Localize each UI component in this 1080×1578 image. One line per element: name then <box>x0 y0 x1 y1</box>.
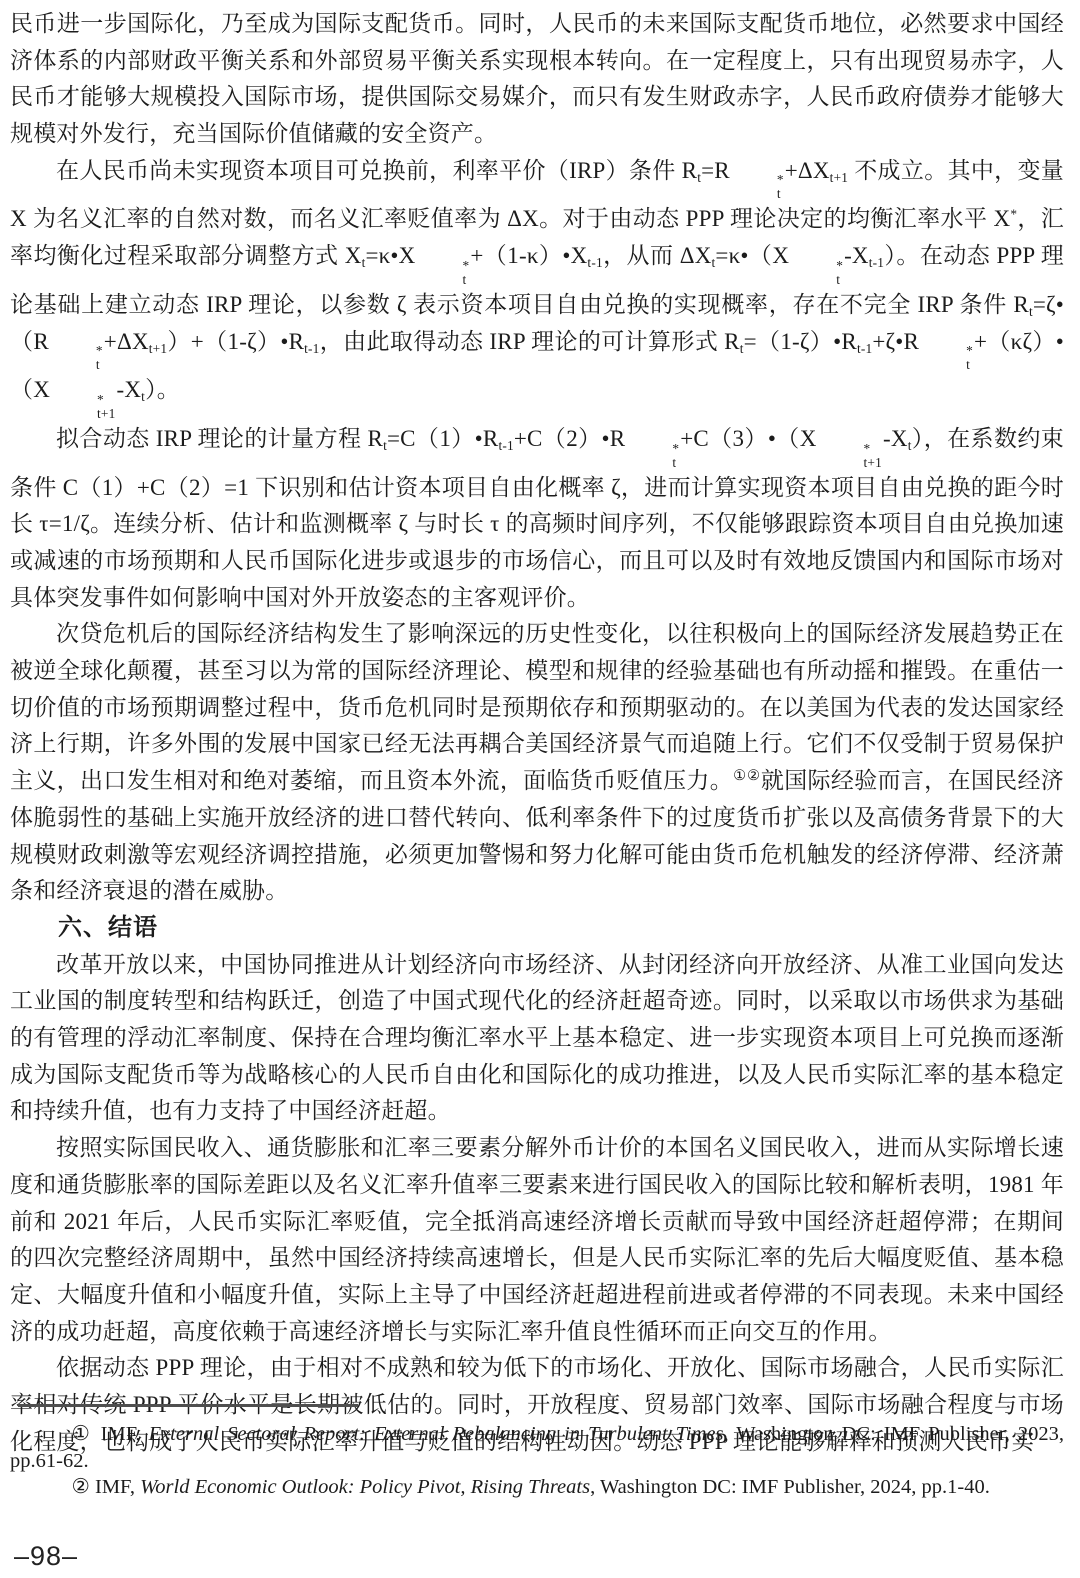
text-run: 按照实际国民收入、通货膨胀和汇率三要素分解外币计价的本国名义国民收入，进而从实际… <box>10 1135 1064 1344</box>
text-run: -X <box>117 377 142 402</box>
italic-title-run: External Sectoral Report: External Rebal… <box>149 1423 724 1445</box>
text-run: , Washington DC: IMF Publisher, 2024, pp… <box>590 1476 990 1498</box>
body-paragraph-irp-estimation: 拟合动态 IRP 理论的计量方程 Rt=C（1）•Rt-1+C（2）•R*t+C… <box>10 421 1064 616</box>
supsub-stack-run: *t+1 <box>51 393 115 421</box>
stack-subscript: t <box>920 358 970 372</box>
stack-subscript: t <box>626 456 676 470</box>
stack-superscript: * <box>51 393 104 407</box>
supsub-stack-run: *t <box>417 259 470 287</box>
subscript-run: t+1 <box>830 170 848 185</box>
supsub-stack-run: *t <box>731 173 784 201</box>
stack-subscript: t <box>731 187 781 201</box>
stack-subscript: t <box>50 358 100 372</box>
text-run: ），在系数约束条件 C（1）+C（2）=1 下识别和估计资本项目自由化概率 ζ，… <box>10 426 1064 610</box>
text-run: ，从而 ΔX <box>603 243 712 268</box>
supsub-stack-run: *t+1 <box>818 442 882 470</box>
footnote-1: ① IMF, External Sectoral Report: Externa… <box>10 1421 1064 1474</box>
text-run: -X <box>844 243 869 268</box>
text-run: -X <box>883 426 908 451</box>
text-run: +ΔX <box>785 158 830 183</box>
stack-superscript: * <box>626 442 679 456</box>
stack-subscript: t+1 <box>51 407 115 421</box>
text-run: +（1-κ）•X <box>470 243 587 268</box>
text-run: =（1-ζ）•R <box>744 329 857 354</box>
supsub-stack-run: *t <box>920 344 973 372</box>
text-run: 在人民币尚未实现资本项目可兑换前，利率平价（IRP）条件 R <box>56 158 697 183</box>
text-run: +C（2）•R <box>514 426 625 451</box>
text-run: 改革开放以来，中国协同推进从计划经济向市场经济、从封闭经济向开放经济、从准工业国… <box>10 952 1064 1124</box>
text-run: ，由此取得动态 IRP 理论的可计算形式 R <box>320 329 740 354</box>
footnote-2: ② IMF, World Economic Outlook: Policy Pi… <box>10 1474 1064 1501</box>
stack-superscript: * <box>50 344 103 358</box>
body-paragraph-income-decomposition: 按照实际国民收入、通货膨胀和汇率三要素分解外币计价的本国名义国民收入，进而从实际… <box>10 1130 1064 1350</box>
text-run: +ζ•R <box>872 329 919 354</box>
stack-subscript: t <box>790 273 840 287</box>
supsub-stack-run: *t <box>790 259 843 287</box>
supsub-stack-run: *t <box>626 442 679 470</box>
subscript-run: t-1 <box>304 341 319 356</box>
text-run: =C（1）•R <box>387 426 498 451</box>
section-heading-conclusion: 六、结语 <box>10 910 1064 947</box>
text-run: 民币进一步国际化，乃至成为国际支配货币。同时，人民币的未来国际支配货币地位，必然… <box>10 11 1064 146</box>
subscript-run: t+1 <box>149 341 167 356</box>
footnote-ref: ①② <box>733 768 761 784</box>
stack-superscript: * <box>790 259 843 273</box>
body-paragraph-reform: 改革开放以来，中国协同推进从计划经济向市场经济、从封闭经济向开放经济、从准工业国… <box>10 947 1064 1131</box>
stack-subscript: t+1 <box>818 456 882 470</box>
supsub-stack-run: *t <box>50 344 103 372</box>
text-run: ② IMF, <box>72 1476 141 1498</box>
subscript-run: t-1 <box>498 438 513 453</box>
stack-superscript: * <box>417 259 470 273</box>
footnote-section: ① IMF, External Sectoral Report: Externa… <box>10 1398 1064 1501</box>
subscript-run: t-1 <box>869 255 884 270</box>
stack-superscript: * <box>920 344 973 358</box>
text-run: +ΔX <box>104 329 149 354</box>
subscript-run: t-1 <box>857 341 872 356</box>
text-run: =κ•（X <box>715 243 789 268</box>
italic-title-run: World Economic Outlook: Policy Pivot, Ri… <box>140 1476 590 1498</box>
text-run: +C（3）•（X <box>680 426 816 451</box>
body-paragraph-continued: 民币进一步国际化，乃至成为国际支配货币。同时，人民币的未来国际支配货币地位，必然… <box>10 6 1064 153</box>
text-run: =R <box>701 158 730 183</box>
text-run: ）+（1-ζ）•R <box>167 329 304 354</box>
page-number: –98– <box>14 1541 78 1572</box>
text-run: ）。 <box>145 377 180 402</box>
footnote-separator <box>18 1404 358 1407</box>
stack-superscript: * <box>818 442 871 456</box>
stack-subscript: t <box>417 273 467 287</box>
text-run: =κ•X <box>365 243 415 268</box>
subscript-run: t-1 <box>587 255 602 270</box>
body-paragraph-crisis-structure: 次贷危机后的国际经济结构发生了影响深远的历史性变化，以往积极向上的国际经济发展趋… <box>10 616 1064 910</box>
body-paragraph-irp-condition: 在人民币尚未实现资本项目可兑换前，利率平价（IRP）条件 Rt=R*t+ΔXt+… <box>10 153 1064 421</box>
journal-page: 民币进一步国际化，乃至成为国际支配货币。同时，人民币的未来国际支配货币地位，必然… <box>0 0 1080 1578</box>
text-run: 拟合动态 IRP 理论的计量方程 R <box>56 426 383 451</box>
text-run: ① IMF, <box>72 1423 149 1445</box>
stack-superscript: * <box>731 173 784 187</box>
article-body: 民币进一步国际化，乃至成为国际支配货币。同时，人民币的未来国际支配货币地位，必然… <box>10 6 1064 1460</box>
